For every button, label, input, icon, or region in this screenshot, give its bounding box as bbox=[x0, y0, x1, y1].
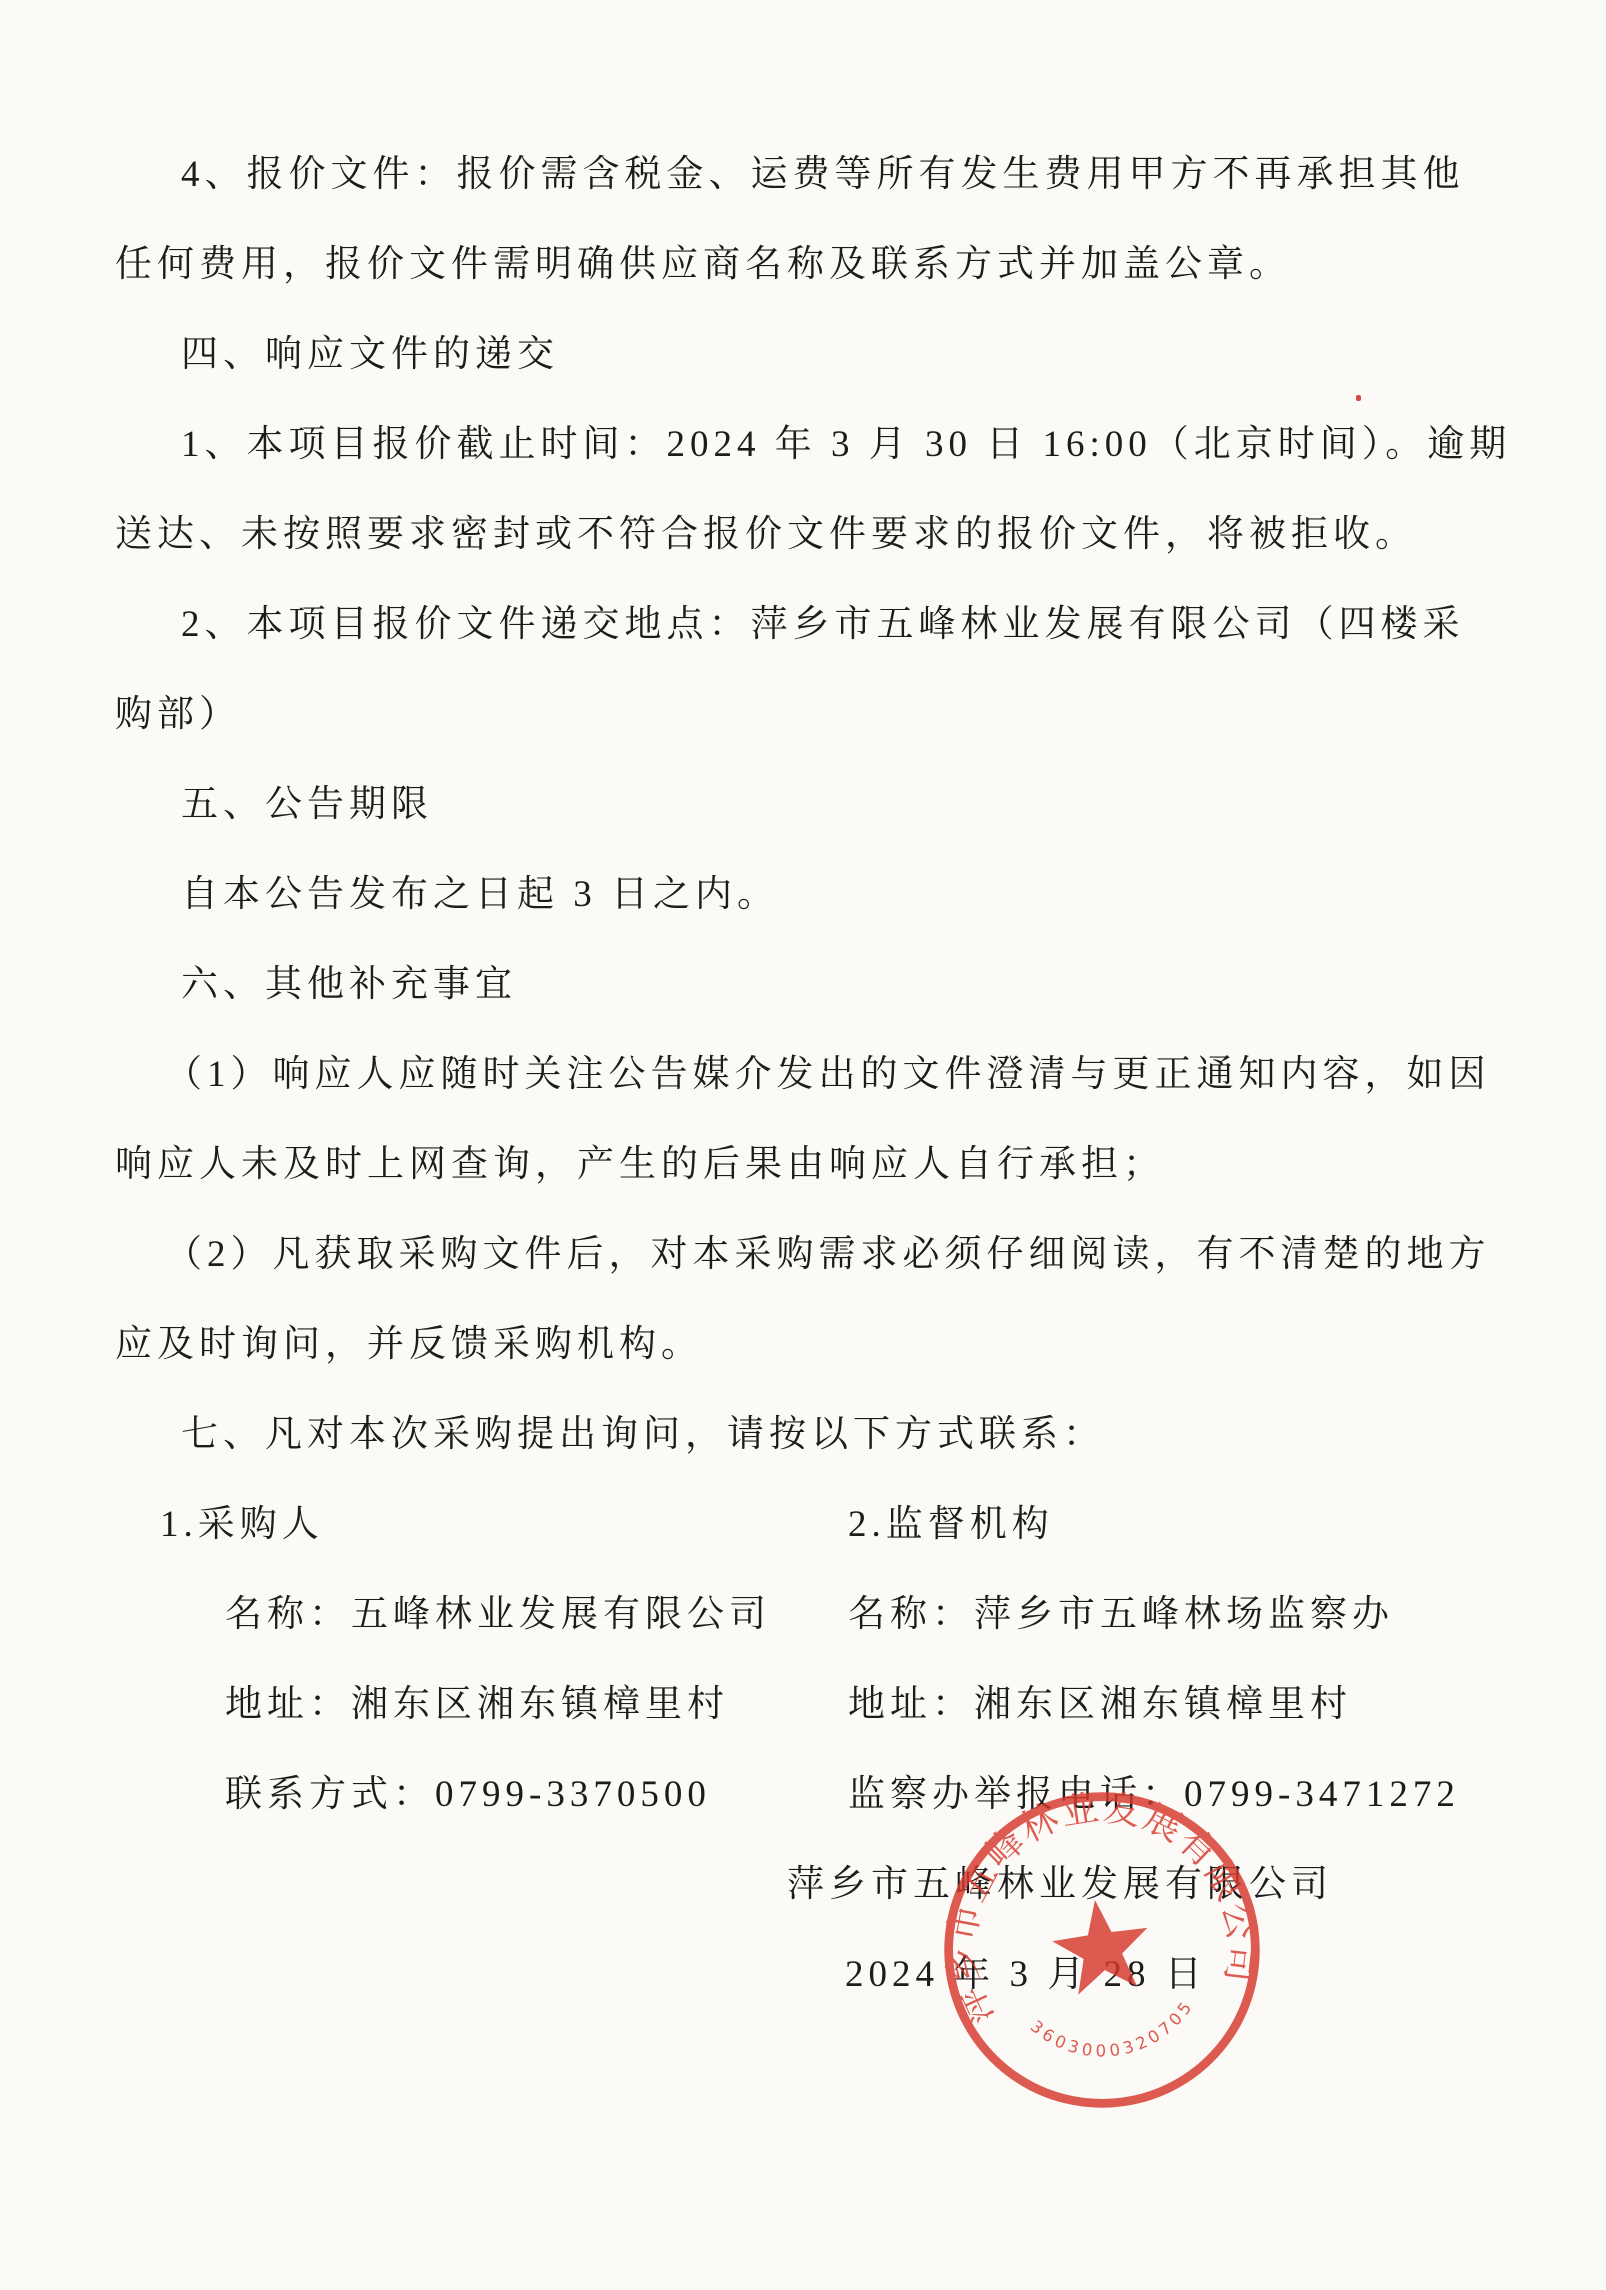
stamp-star bbox=[1047, 1893, 1155, 1997]
document-page: 4、报价文件：报价需含税金、运费等所有发生费用甲方不再承担其他 任何费用，报价文… bbox=[0, 0, 1606, 2290]
signature-block: 萍乡市五峰林业发展有限公司 2024 年 3 月 28 日 bbox=[115, 1840, 1511, 2020]
stamp-arc-text: 萍乡市五峰林业发展有限公司 bbox=[937, 1785, 1267, 2033]
svg-text:萍乡市五峰林业发展有限公司: 萍乡市五峰林业发展有限公司 bbox=[937, 1785, 1267, 2033]
doc-line: 送达、未按照要求密封或不符合报价文件要求的报价文件，将被拒收。 bbox=[115, 490, 1511, 580]
doc-line: （1）响应人应随时关注公告媒介发出的文件澄清与更正通知内容，如因 bbox=[115, 1030, 1511, 1120]
document-content: 4、报价文件：报价需含税金、运费等所有发生费用甲方不再承担其他 任何费用，报价文… bbox=[115, 130, 1511, 2020]
doc-line: （2）凡获取采购文件后，对本采购需求必须仔细阅读，有不清楚的地方 bbox=[115, 1210, 1511, 1300]
supervisor-heading: 2.监督机构 bbox=[733, 1480, 1511, 1570]
doc-section-heading: 七、凡对本次采购提出询问，请按以下方式联系： bbox=[115, 1390, 1511, 1480]
doc-line: 任何费用，报价文件需明确供应商名称及联系方式并加盖公章。 bbox=[115, 220, 1511, 310]
purchaser-address: 地址：湘东区湘东镇樟里村 bbox=[115, 1660, 733, 1750]
purchaser-name: 名称：五峰林业发展有限公司 bbox=[115, 1570, 733, 1660]
doc-line: 4、报价文件：报价需含税金、运费等所有发生费用甲方不再承担其他 bbox=[115, 130, 1511, 220]
red-ink-speck bbox=[1356, 395, 1361, 401]
doc-line: 自本公告发布之日起 3 日之内。 bbox=[115, 850, 1511, 940]
purchaser-heading: 1.采购人 bbox=[115, 1480, 733, 1570]
doc-line: 购部） bbox=[115, 670, 1511, 760]
purchaser-phone: 联系方式：0799-3370500 bbox=[115, 1750, 733, 1840]
doc-line: 应及时询问，并反馈采购机构。 bbox=[115, 1300, 1511, 1390]
signature-date: 2024 年 3 月 28 日 bbox=[115, 1930, 1511, 2020]
doc-section-heading: 五、公告期限 bbox=[115, 760, 1511, 850]
contact-columns: 1.采购人 名称：五峰林业发展有限公司 地址：湘东区湘东镇樟里村 联系方式：07… bbox=[115, 1480, 1511, 1840]
doc-line: 1、本项目报价截止时间：2024 年 3 月 30 日 16:00（北京时间）。… bbox=[115, 400, 1511, 490]
official-stamp: 萍乡市五峰林业发展有限公司 3603000320705 bbox=[937, 1785, 1267, 2115]
supervisor-address: 地址：湘东区湘东镇樟里村 bbox=[733, 1660, 1511, 1750]
supervisor-name: 名称：萍乡市五峰林场监察办 bbox=[733, 1570, 1511, 1660]
doc-line: 2、本项目报价文件递交地点：萍乡市五峰林业发展有限公司（四楼采 bbox=[115, 580, 1511, 670]
stamp-serial-number: 3603000320705 bbox=[1025, 1995, 1203, 2072]
signature-company: 萍乡市五峰林业发展有限公司 bbox=[115, 1840, 1511, 1930]
purchaser-column: 1.采购人 名称：五峰林业发展有限公司 地址：湘东区湘东镇樟里村 联系方式：07… bbox=[115, 1480, 733, 1840]
svg-text:3603000320705: 3603000320705 bbox=[1025, 1995, 1203, 2072]
doc-section-heading: 四、响应文件的递交 bbox=[115, 310, 1511, 400]
doc-line: 响应人未及时上网查询，产生的后果由响应人自行承担； bbox=[115, 1120, 1511, 1210]
doc-section-heading: 六、其他补充事宜 bbox=[115, 940, 1511, 1030]
